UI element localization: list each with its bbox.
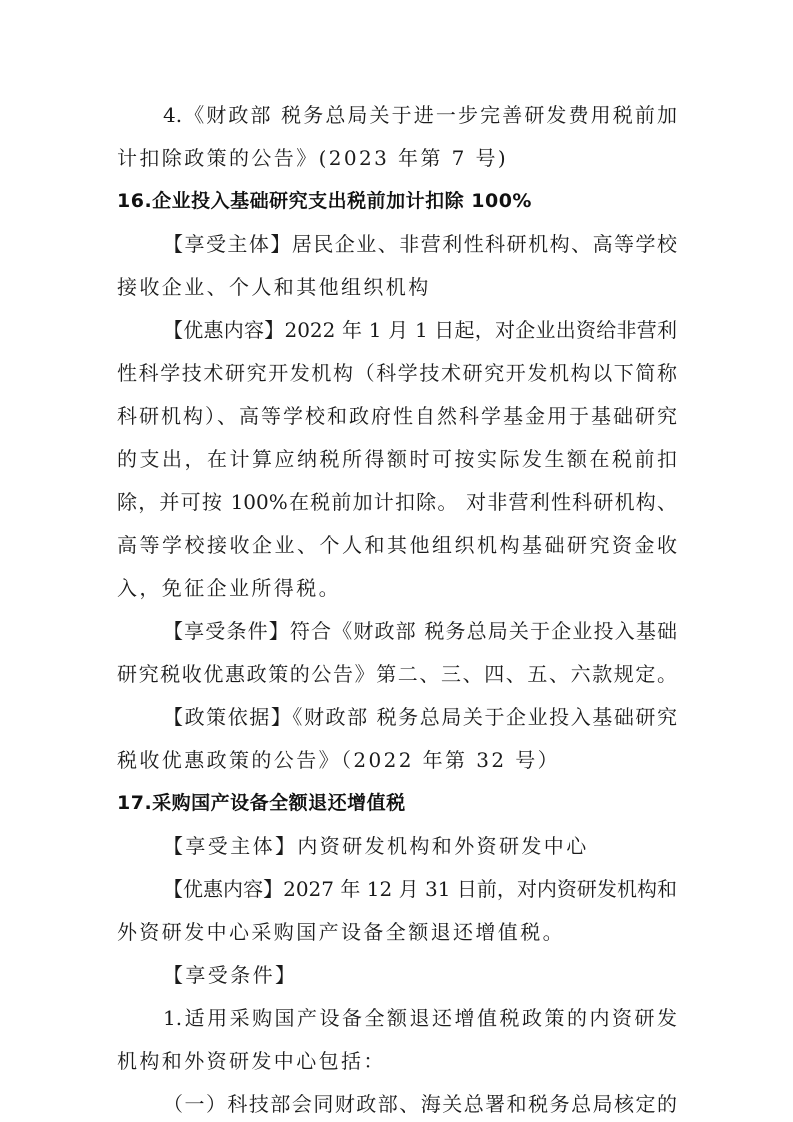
policy-basis-line: 【政策依据】《财政部 税务总局关于企业投入基础研究 <box>163 702 677 732</box>
benefit-content-line: 科研机构）、高等学校和政府性自然科学基金用于基础研究 <box>117 401 677 431</box>
benefit-content-line: 【优惠内容】2022 年 1 月 1 日起，对企业出资给非营利 <box>163 315 677 345</box>
paragraph-line-ref-4: 4.《财政部 税务总局关于进一步完善研发费用税前加 <box>163 100 677 130</box>
conditions-line-cont: 研究税收优惠政策的公告》第二、三、四、五、六款规定。 <box>117 659 677 689</box>
conditions-line: 【享受条件】符合《财政部 税务总局关于企业投入基础 <box>163 616 677 646</box>
benefit-content-line: 的支出，在计算应纳税所得额时可按实际发生额在税前扣 <box>117 444 677 474</box>
beneficiary-line: 【享受主体】内资研发机构和外资研发中心 <box>163 831 677 861</box>
benefit-content-line: 高等学校接收企业、个人和其他组织机构基础研究资金收 <box>117 530 677 560</box>
benefit-content-line: 【优惠内容】2027 年 12 月 31 日前，对内资研发机构和 <box>163 874 677 904</box>
benefit-content-line: 性科学技术研究开发机构（科学技术研究开发机构以下简称 <box>117 358 677 388</box>
section-heading-16: 16.企业投入基础研究支出税前加计扣除 100% <box>117 186 677 216</box>
beneficiary-line-cont: 接收企业、个人和其他组织机构 <box>117 272 677 302</box>
condition-item-1-cont: 机构和外资研发中心包括： <box>117 1046 677 1076</box>
benefit-content-line: 除，并可按 100%在税前加计扣除。 对非营利性科研机构、 <box>117 487 677 517</box>
conditions-heading: 【享受条件】 <box>163 960 677 990</box>
document-page: 4.《财政部 税务总局关于进一步完善研发费用税前加 计扣除政策的公告》(2023… <box>0 0 793 1122</box>
condition-item-1: 1.适用采购国产设备全额退还增值税政策的内资研发 <box>163 1003 677 1033</box>
benefit-content-line: 入，免征企业所得税。 <box>117 573 677 603</box>
beneficiary-line: 【享受主体】居民企业、非营利性科研机构、高等学校 <box>163 229 677 259</box>
policy-basis-line-cont: 税收优惠政策的公告》（2022 年第 32 号） <box>117 745 677 775</box>
benefit-content-line-cont: 外资研发中心采购国产设备全额退还增值税。 <box>117 917 677 947</box>
section-heading-17: 17.采购国产设备全额退还增值税 <box>117 788 677 818</box>
condition-subitem-1: （一）科技部会同财政部、海关总署和税务总局核定的 <box>163 1089 677 1119</box>
paragraph-line-ref-4-cont: 计扣除政策的公告》(2023 年第 7 号) <box>117 143 677 173</box>
